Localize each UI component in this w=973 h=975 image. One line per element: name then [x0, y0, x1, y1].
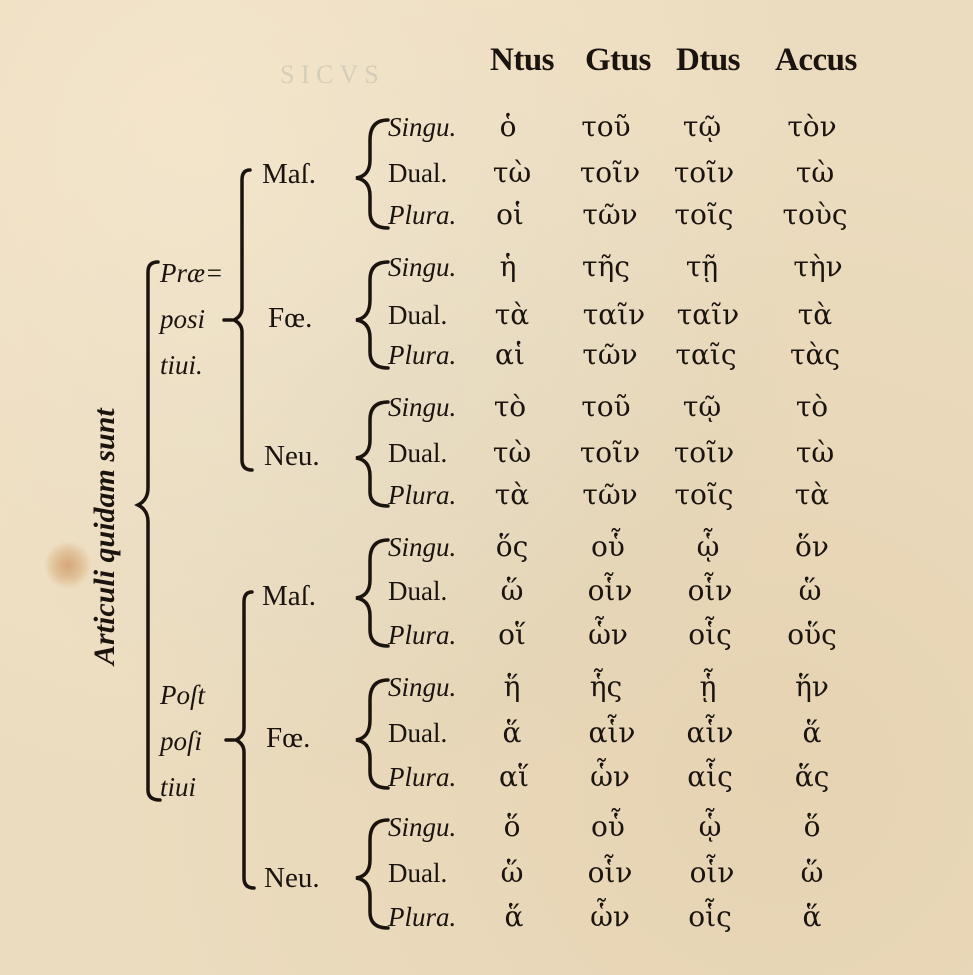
form-nominative: ὅ: [467, 810, 557, 843]
gender-label-fem-prae: Fœ.: [268, 302, 312, 335]
gender-label-neu-post: Neu.: [264, 862, 320, 895]
number-label: Dual.: [388, 300, 447, 331]
gender-label-neu-prae: Neu.: [264, 440, 320, 473]
number-label: Singu.: [388, 532, 456, 563]
number-label: Dual.: [388, 718, 447, 749]
number-label: Dual.: [388, 158, 447, 189]
form-accusative: τὼ: [770, 436, 860, 469]
form-nominative: αἱ: [465, 338, 555, 371]
number-label: Plura.: [388, 762, 456, 793]
form-accusative: τοὺς: [770, 198, 860, 231]
form-nominative: τὸ: [465, 390, 555, 423]
form-accusative: τὸ: [767, 390, 857, 423]
form-nominative: ὅς: [467, 530, 557, 563]
group-bracket-post: [236, 592, 254, 888]
form-nominative: αἵ: [469, 760, 559, 793]
form-dative: οἷς: [665, 618, 755, 651]
form-genitive: ὧν: [563, 618, 653, 651]
gender-label-fem-post: Fœ.: [266, 722, 310, 755]
form-nominative: ἥ: [467, 670, 557, 703]
form-genitive: τῶν: [565, 478, 655, 511]
number-label: Dual.: [388, 438, 447, 469]
form-accusative: τὴν: [773, 250, 863, 283]
form-dative: ταῖν: [663, 298, 753, 331]
form-nominative: ὁ: [463, 110, 553, 143]
form-genitive: οὗ: [563, 810, 653, 843]
number-label: Singu.: [388, 812, 456, 843]
form-nominative: τὰ: [467, 298, 557, 331]
form-genitive: τῶν: [565, 198, 655, 231]
form-genitive: τῆς: [561, 250, 651, 283]
form-dative: τοῖν: [659, 436, 749, 469]
group-label-postpositivi: Poſt poſi tiui: [160, 672, 205, 810]
form-nominative: οἱ: [465, 198, 555, 231]
form-nominative: ἅ: [469, 900, 559, 933]
form-genitive: τοῖν: [565, 436, 655, 469]
form-nominative: τὼ: [467, 156, 557, 189]
form-accusative: ὥ: [765, 574, 855, 607]
form-genitive: οἷν: [565, 856, 655, 889]
form-nominative: ὥ: [467, 574, 557, 607]
form-genitive: αἷν: [567, 716, 657, 749]
form-genitive: τῶν: [565, 338, 655, 371]
number-label: Dual.: [388, 576, 447, 607]
form-genitive: ὧν: [565, 900, 655, 933]
form-accusative: ἅς: [767, 760, 857, 793]
form-dative: τῇ: [657, 250, 747, 283]
form-accusative: τὰ: [767, 478, 857, 511]
form-dative: ταῖς: [661, 338, 751, 371]
number-label: Singu.: [388, 112, 456, 143]
form-accusative: τὰ: [770, 298, 860, 331]
form-dative: τῷ: [657, 110, 747, 143]
form-dative: τοῖς: [659, 478, 749, 511]
form-accusative: ἅ: [767, 900, 857, 933]
number-label: Plura.: [388, 200, 456, 231]
form-genitive: τοῦ: [561, 110, 651, 143]
form-dative: αἷν: [665, 716, 755, 749]
form-dative: τοῖς: [659, 198, 749, 231]
form-dative: ᾧ: [665, 810, 755, 843]
form-genitive: ἧς: [561, 670, 651, 703]
gender-label-masc-post: Maſ.: [262, 580, 316, 613]
form-nominative: τὰ: [467, 478, 557, 511]
form-accusative: τὸν: [767, 110, 857, 143]
form-accusative: ὅν: [767, 530, 857, 563]
form-dative: ᾧ: [663, 530, 753, 563]
form-genitive: οἷν: [565, 574, 655, 607]
form-nominative: τὼ: [467, 436, 557, 469]
form-accusative: τὰς: [770, 338, 860, 371]
number-label: Plura.: [388, 480, 456, 511]
gender-braces: [356, 120, 388, 928]
gender-label-masc-prae: Maſ.: [262, 158, 316, 191]
number-label: Plura.: [388, 902, 456, 933]
form-nominative: οἵ: [467, 618, 557, 651]
form-nominative: ἅ: [467, 716, 557, 749]
form-genitive: ταῖν: [569, 298, 659, 331]
group-bracket-prae: [234, 170, 252, 470]
number-label: Singu.: [388, 672, 456, 703]
number-label: Singu.: [388, 392, 456, 423]
form-dative: τῷ: [657, 390, 747, 423]
number-label: Dual.: [388, 858, 447, 889]
form-accusative: οὕς: [767, 618, 857, 651]
form-nominative: ὥ: [467, 856, 557, 889]
outer-bracket: [138, 262, 160, 800]
number-label: Plura.: [388, 620, 456, 651]
form-dative: τοῖν: [659, 156, 749, 189]
form-accusative: ἅ: [767, 716, 857, 749]
form-genitive: ὧν: [565, 760, 655, 793]
number-label: Singu.: [388, 252, 456, 283]
form-dative: οἷν: [665, 574, 755, 607]
form-accusative: ἥν: [767, 670, 857, 703]
form-dative: οἷς: [665, 900, 755, 933]
form-genitive: τοῖν: [565, 156, 655, 189]
form-accusative: ὥ: [767, 856, 857, 889]
group-label-praepositivi: Præ= posi tiui.: [160, 250, 223, 388]
form-dative: οἷν: [667, 856, 757, 889]
form-genitive: τοῦ: [561, 390, 651, 423]
form-dative: αἷς: [665, 760, 755, 793]
form-accusative: ὅ: [767, 810, 857, 843]
form-genitive: οὗ: [563, 530, 653, 563]
form-nominative: ἡ: [463, 250, 553, 283]
number-label: Plura.: [388, 340, 456, 371]
form-dative: ᾗ: [663, 670, 753, 703]
form-accusative: τὼ: [770, 156, 860, 189]
